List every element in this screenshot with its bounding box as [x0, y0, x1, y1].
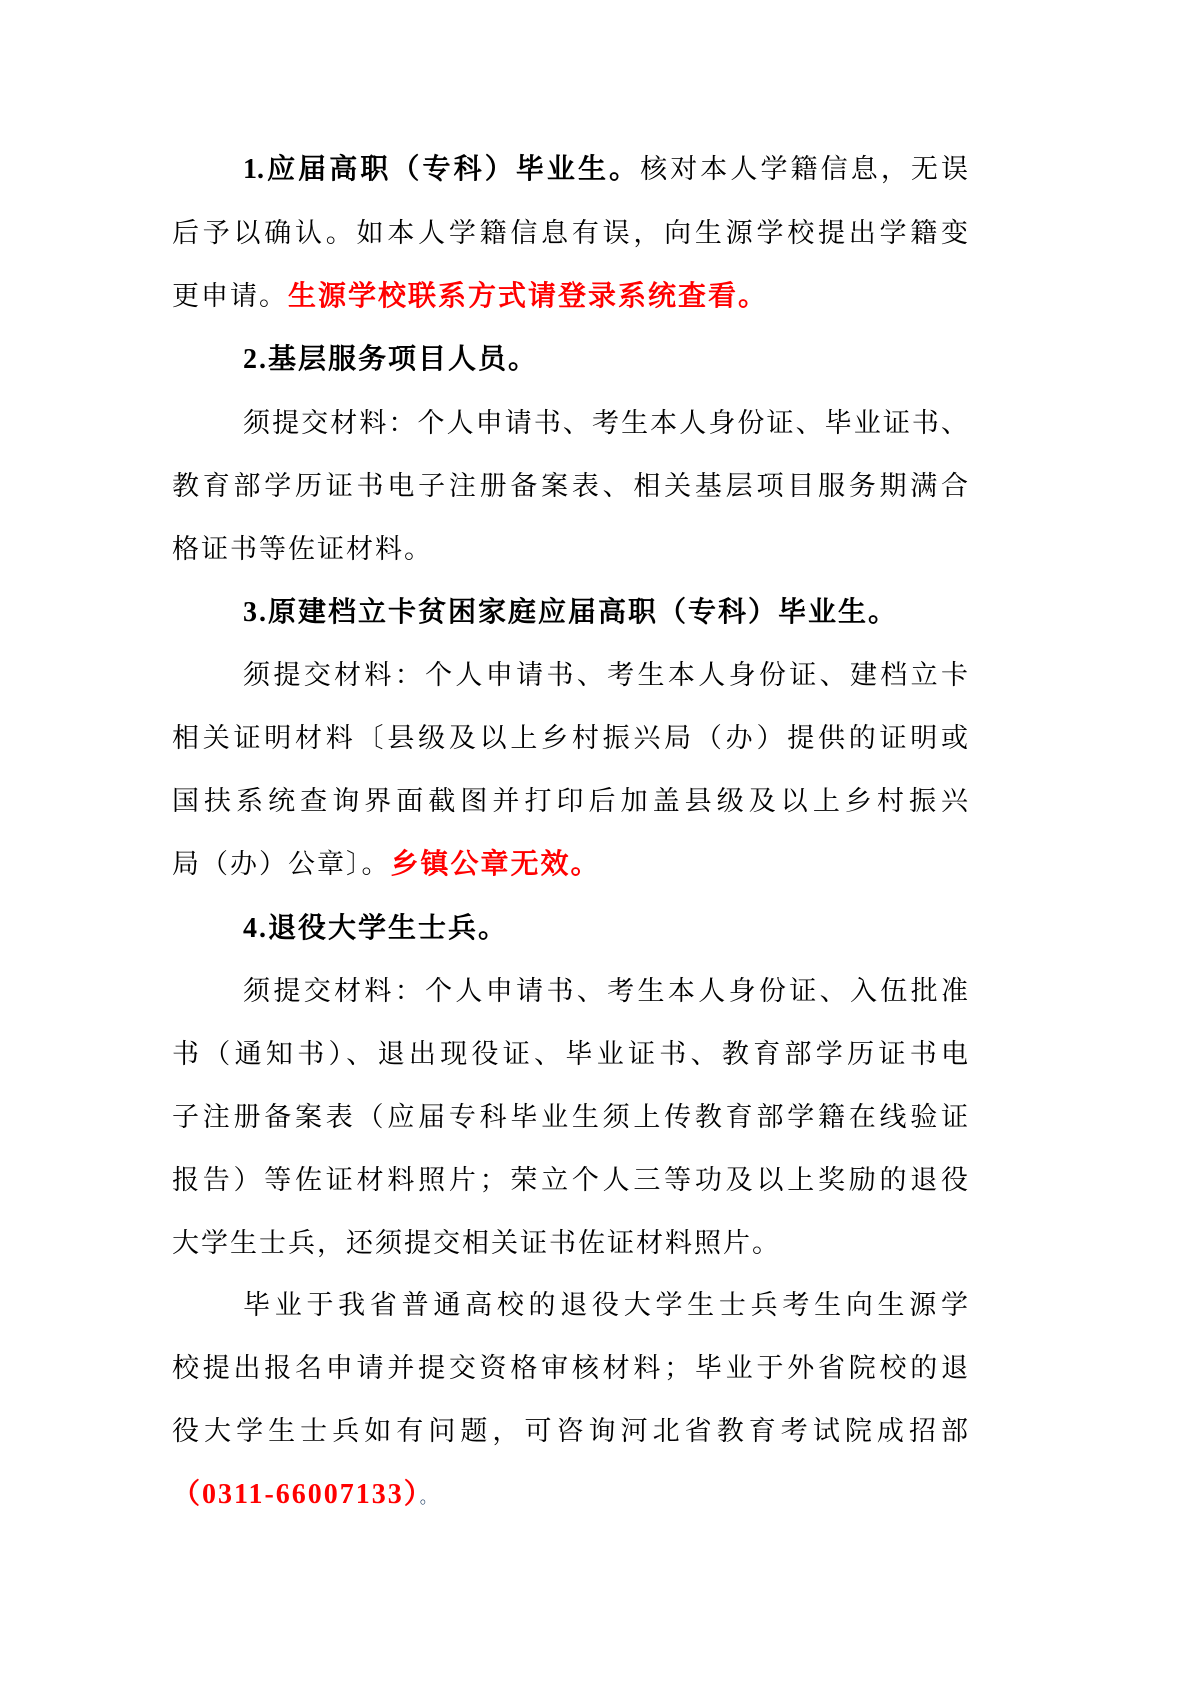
body-text: 相关证明材料〔县级及以上乡村振兴局（办）提供的证明或 — [172, 723, 968, 753]
document-body: 1.应届高职（专科）毕业生。核对本人学籍信息，无误后予以确认。如本人学籍信息有误… — [172, 138, 968, 1530]
body-text: 更申请。 — [172, 281, 288, 311]
text-line: （0311-66007133）。 — [172, 1463, 968, 1530]
small-period-text: 。 — [420, 1488, 439, 1507]
body-text: 书（通知书）、退出现役证、毕业证书、教育部学历证书电 — [172, 1039, 968, 1069]
text-line: 格证书等佐证材料。 — [172, 518, 968, 581]
text-line: 役大学生士兵如有问题，可咨询河北省教育考试院成招部 — [172, 1400, 968, 1463]
body-text: 子注册备案表（应届专科毕业生须上传教育部学籍在线验证 — [172, 1102, 968, 1132]
text-line: 须提交材料：个人申请书、考生本人身份证、入伍批准 — [172, 960, 968, 1023]
body-text: 局（办）公章〕。 — [172, 849, 391, 879]
body-text: 格证书等佐证材料。 — [172, 534, 433, 564]
text-line: 后予以确认。如本人学籍信息有误，向生源学校提出学籍变 — [172, 202, 968, 265]
text-line: 更申请。生源学校联系方式请登录系统查看。 — [172, 265, 968, 329]
text-line: 须提交材料：个人申请书、考生本人身份证、毕业证书、 — [172, 392, 968, 455]
highlight-red-text: 生源学校联系方式请登录系统查看。 — [288, 281, 768, 312]
text-line: 书（通知书）、退出现役证、毕业证书、教育部学历证书电 — [172, 1023, 968, 1086]
text-line: 报告）等佐证材料照片；荣立个人三等功及以上奖励的退役 — [172, 1149, 968, 1212]
heading-text: 1.应届高职（专科）毕业生。 — [243, 154, 640, 185]
body-text: 核对本人学籍信息，无误 — [640, 154, 968, 184]
body-text: 校提出报名申请并提交资格审核材料；毕业于外省院校的退 — [172, 1353, 968, 1383]
text-line: 3.原建档立卡贫困家庭应届高职（专科）毕业生。 — [172, 581, 968, 645]
text-line: 校提出报名申请并提交资格审核材料；毕业于外省院校的退 — [172, 1337, 968, 1400]
body-text: 须提交材料：个人申请书、考生本人身份证、毕业证书、 — [243, 408, 968, 438]
highlight-red-text: 乡镇公章无效。 — [391, 849, 601, 880]
body-text: 报告）等佐证材料照片；荣立个人三等功及以上奖励的退役 — [172, 1165, 968, 1195]
body-text: 役大学生士兵如有问题，可咨询河北省教育考试院成招部 — [172, 1416, 968, 1446]
text-line: 须提交材料：个人申请书、考生本人身份证、建档立卡 — [172, 644, 968, 707]
text-line: 子注册备案表（应届专科毕业生须上传教育部学籍在线验证 — [172, 1086, 968, 1149]
heading-text: 3.原建档立卡贫困家庭应届高职（专科）毕业生。 — [243, 597, 898, 628]
body-text: 须提交材料：个人申请书、考生本人身份证、建档立卡 — [243, 660, 968, 690]
text-line: 局（办）公章〕。乡镇公章无效。 — [172, 833, 968, 897]
text-line: 大学生士兵，还须提交相关证书佐证材料照片。 — [172, 1212, 968, 1275]
body-text: 毕业于我省普通高校的退役大学生士兵考生向生源学 — [243, 1290, 968, 1320]
document-page: 1.应届高职（专科）毕业生。核对本人学籍信息，无误后予以确认。如本人学籍信息有误… — [0, 0, 1190, 1683]
text-line: 相关证明材料〔县级及以上乡村振兴局（办）提供的证明或 — [172, 707, 968, 770]
text-line: 2.基层服务项目人员。 — [172, 328, 968, 392]
body-text: 国扶系统查询界面截图并打印后加盖县级及以上乡村振兴 — [172, 786, 968, 816]
text-line: 4.退役大学生士兵。 — [172, 897, 968, 961]
text-line: 教育部学历证书电子注册备案表、相关基层项目服务期满合 — [172, 455, 968, 518]
heading-text: 2.基层服务项目人员。 — [243, 344, 538, 375]
text-line: 1.应届高职（专科）毕业生。核对本人学籍信息，无误 — [172, 138, 968, 202]
body-text: 教育部学历证书电子注册备案表、相关基层项目服务期满合 — [172, 471, 968, 501]
body-text: 后予以确认。如本人学籍信息有误，向生源学校提出学籍变 — [172, 218, 968, 248]
text-line: 毕业于我省普通高校的退役大学生士兵考生向生源学 — [172, 1274, 968, 1337]
highlight-red-text: （0311-66007133） — [172, 1479, 420, 1510]
body-text: 须提交材料：个人申请书、考生本人身份证、入伍批准 — [243, 976, 968, 1006]
text-line: 国扶系统查询界面截图并打印后加盖县级及以上乡村振兴 — [172, 770, 968, 833]
body-text: 大学生士兵，还须提交相关证书佐证材料照片。 — [172, 1228, 781, 1258]
heading-text: 4.退役大学生士兵。 — [243, 913, 508, 944]
